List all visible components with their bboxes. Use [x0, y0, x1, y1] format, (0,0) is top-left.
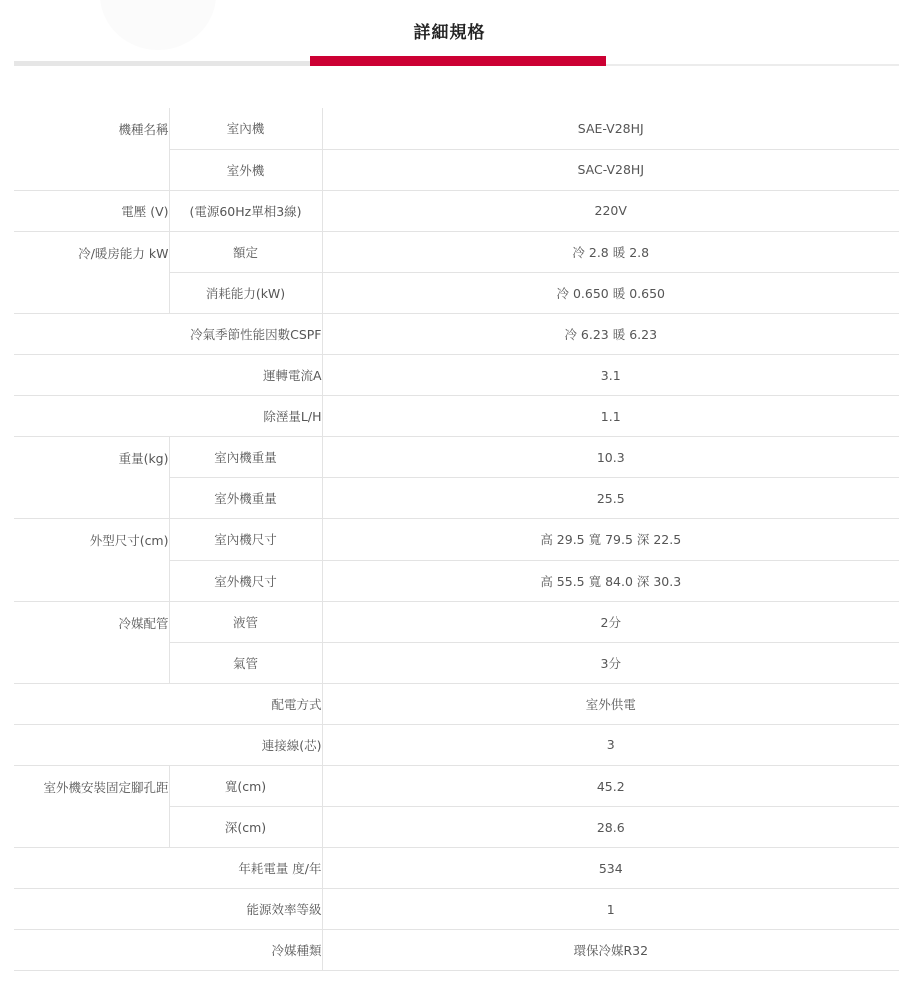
spec-table: 機種名稱 室內機 SAE-V28HJ 室外機 SAC-V28HJ 電壓 (V) … [14, 108, 899, 971]
group-label: 機種名稱 [14, 108, 169, 190]
table-row: 冷氣季節性能因數CSPF 冷 6.23 暖 6.23 [14, 313, 899, 354]
row-label: 額定 [169, 231, 322, 272]
row-value: 1.1 [322, 396, 899, 437]
group-label: 外型尺寸(cm) [14, 519, 169, 601]
row-value: 高 55.5 寬 84.0 深 30.3 [322, 560, 899, 601]
row-label: 能源效率等級 [14, 889, 322, 930]
table-row: 運轉電流A 3.1 [14, 355, 899, 396]
row-label: 消耗能力(kW) [169, 272, 322, 313]
table-row: 連接線(芯) 3 [14, 724, 899, 765]
row-value: SAC-V28HJ [322, 149, 899, 190]
group-label: 重量(kg) [14, 437, 169, 519]
row-label: 室外機尺寸 [169, 560, 322, 601]
row-value: 3 [322, 724, 899, 765]
row-label: 氣管 [169, 642, 322, 683]
row-value: SAE-V28HJ [322, 108, 899, 149]
table-row: 年耗電量 度/年 534 [14, 848, 899, 889]
page-title: 詳細規格 [0, 18, 899, 43]
table-row: 機種名稱 室內機 SAE-V28HJ [14, 108, 899, 149]
table-row: 電壓 (V) (電源60Hz單相3線) 220V [14, 190, 899, 231]
row-value: 高 29.5 寬 79.5 深 22.5 [322, 519, 899, 560]
row-label: 室外機 [169, 149, 322, 190]
row-label: 連接線(芯) [14, 724, 322, 765]
row-value: 534 [322, 848, 899, 889]
row-value: 220V [322, 190, 899, 231]
row-label: 冷媒種類 [14, 930, 322, 971]
table-row: 能源效率等級 1 [14, 889, 899, 930]
tab-bar [14, 56, 899, 68]
row-value: 冷 0.650 暖 0.650 [322, 272, 899, 313]
row-label: 室外機重量 [169, 478, 322, 519]
table-row: 除溼量L/H 1.1 [14, 396, 899, 437]
row-value: 室外供電 [322, 683, 899, 724]
row-label: 寬(cm) [169, 766, 322, 807]
row-label: 運轉電流A [14, 355, 322, 396]
row-value: 2分 [322, 601, 899, 642]
row-value: 10.3 [322, 437, 899, 478]
group-label: 冷媒配管 [14, 601, 169, 683]
table-row: 配電方式 室外供電 [14, 683, 899, 724]
tab-inactive-left[interactable] [14, 61, 310, 66]
row-value: 3分 [322, 642, 899, 683]
tab-active-indicator[interactable] [310, 56, 606, 66]
table-row: 外型尺寸(cm) 室內機尺寸 高 29.5 寬 79.5 深 22.5 [14, 519, 899, 560]
row-value: 25.5 [322, 478, 899, 519]
table-row: 室外機安裝固定腳孔距 寬(cm) 45.2 [14, 766, 899, 807]
group-label: 電壓 (V) [14, 190, 169, 231]
table-row: 冷/暖房能力 kW 額定 冷 2.8 暖 2.8 [14, 231, 899, 272]
group-label: 冷/暖房能力 kW [14, 231, 169, 313]
table-row: 冷媒配管 液管 2分 [14, 601, 899, 642]
row-value: 3.1 [322, 355, 899, 396]
row-label: (電源60Hz單相3線) [169, 190, 322, 231]
row-label: 室內機重量 [169, 437, 322, 478]
row-label: 室內機 [169, 108, 322, 149]
row-value: 45.2 [322, 766, 899, 807]
table-row: 重量(kg) 室內機重量 10.3 [14, 437, 899, 478]
row-label: 年耗電量 度/年 [14, 848, 322, 889]
row-label: 液管 [169, 601, 322, 642]
row-value: 28.6 [322, 807, 899, 848]
row-label: 深(cm) [169, 807, 322, 848]
row-label: 室內機尺寸 [169, 519, 322, 560]
row-value: 環保冷媒R32 [322, 930, 899, 971]
group-label: 室外機安裝固定腳孔距 [14, 766, 169, 848]
row-label: 除溼量L/H [14, 396, 322, 437]
table-row: 冷媒種類 環保冷媒R32 [14, 930, 899, 971]
row-value: 冷 6.23 暖 6.23 [322, 313, 899, 354]
row-label: 配電方式 [14, 683, 322, 724]
tab-inactive-right[interactable] [606, 64, 899, 66]
row-value: 冷 2.8 暖 2.8 [322, 231, 899, 272]
row-label: 冷氣季節性能因數CSPF [14, 313, 322, 354]
row-value: 1 [322, 889, 899, 930]
